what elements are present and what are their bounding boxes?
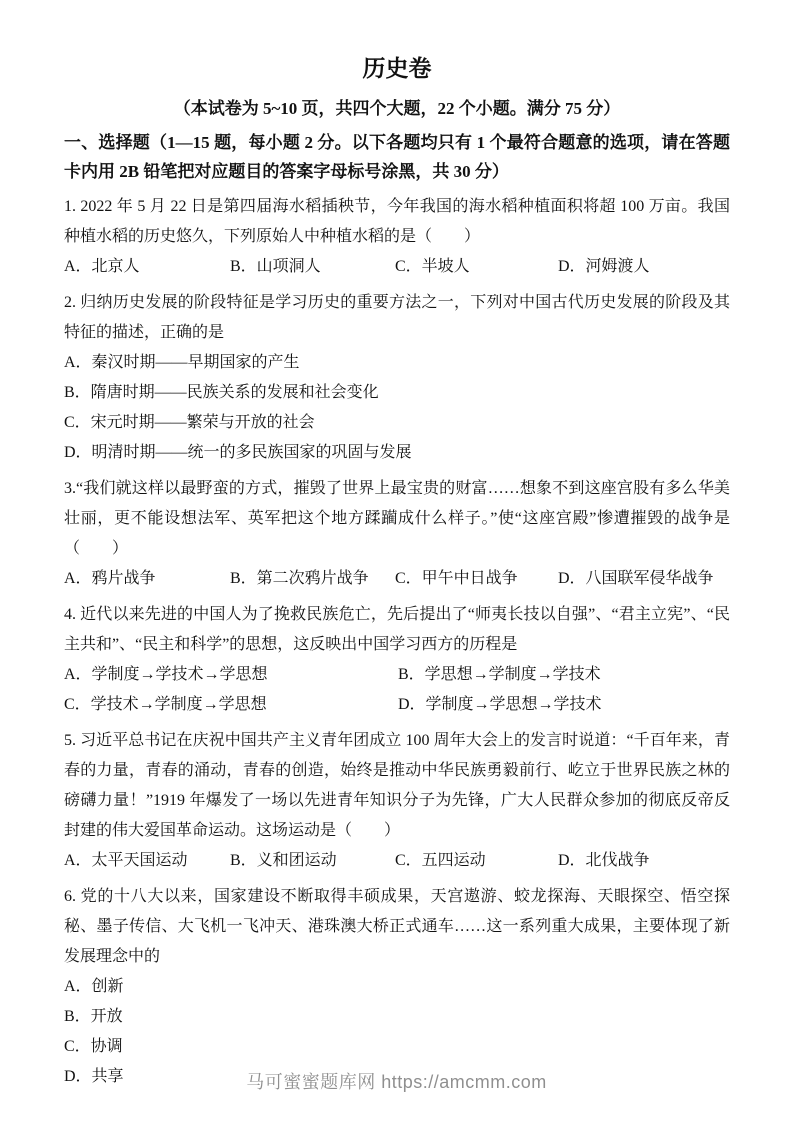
question-1-option-c: C．半坡人: [395, 252, 558, 282]
watermark-text: 马可蜜蜜题库网 https://amcmm.com: [0, 1068, 793, 1094]
question-4-option-d: D．学制度→学思想→学技术: [398, 690, 730, 720]
question-4-option-a: A．学制度→学技术→学思想: [64, 660, 398, 690]
exam-subtitle: （本试卷为 5~10 页，共四个大题，22 个小题。满分 75 分）: [64, 96, 730, 122]
question-5-option-d: D．北伐战争: [558, 846, 730, 876]
question-2-options: A．秦汉时期——早期国家的产生 B．隋唐时期——民族关系的发展和社会变化 C．宋…: [64, 348, 730, 468]
question-1-option-b: B．山项洞人: [230, 252, 395, 282]
question-1-stem: 1. 2022 年 5 月 22 日是第四届海水稻插秧节，今年我国的海水稻种植面…: [64, 192, 730, 252]
question-5: 5. 习近平总书记在庆祝中国共产主义青年团成立 100 周年大会上的发言时说道：…: [64, 726, 730, 876]
question-4-options: A．学制度→学技术→学思想 B．学思想→学制度→学技术 C．学技术→学制度→学思…: [64, 660, 730, 720]
page-title: 历史卷: [64, 54, 730, 84]
question-3-stem: 3.“我们就这样以最野蛮的方式，摧毁了世界上最宝贵的财富……想象不到这座宫股有多…: [64, 474, 730, 564]
question-6-option-a: A．创新: [64, 972, 730, 1002]
question-3-option-a: A．鸦片战争: [64, 564, 230, 594]
question-4-stem: 4. 近代以来先进的中国人为了挽救民族危亡，先后提出了“师夷长技以自强”、“君主…: [64, 600, 730, 660]
question-2-option-d: D．明清时期——统一的多民族国家的巩固与发展: [64, 438, 730, 468]
question-5-options: A．太平天国运动 B．义和团运动 C．五四运动 D．北伐战争: [64, 846, 730, 876]
exam-paper-page: 历史卷 （本试卷为 5~10 页，共四个大题，22 个小题。满分 75 分） 一…: [0, 0, 793, 1122]
question-4-option-b: B．学思想→学制度→学技术: [398, 660, 730, 690]
question-6-option-b: B．开放: [64, 1002, 730, 1032]
question-3-option-c: C．甲午中日战争: [395, 564, 558, 594]
question-2-stem: 2. 归纳历史发展的阶段特征是学习历史的重要方法之一，下列对中国古代历史发展的阶…: [64, 288, 730, 348]
question-2-option-c: C．宋元时期——繁荣与开放的社会: [64, 408, 730, 438]
question-3: 3.“我们就这样以最野蛮的方式，摧毁了世界上最宝贵的财富……想象不到这座宫股有多…: [64, 474, 730, 594]
question-1-option-a: A．北京人: [64, 252, 230, 282]
question-3-option-d: D．八国联军侵华战争: [558, 564, 730, 594]
question-5-option-c: C．五四运动: [395, 846, 558, 876]
question-2: 2. 归纳历史发展的阶段特征是学习历史的重要方法之一，下列对中国古代历史发展的阶…: [64, 288, 730, 468]
question-1-options: A．北京人 B．山项洞人 C．半坡人 D．河姆渡人: [64, 252, 730, 282]
question-5-option-a: A．太平天国运动: [64, 846, 230, 876]
question-5-stem: 5. 习近平总书记在庆祝中国共产主义青年团成立 100 周年大会上的发言时说道：…: [64, 726, 730, 846]
question-3-options: A．鸦片战争 B．第二次鸦片战争 C．甲午中日战争 D．八国联军侵华战争: [64, 564, 730, 594]
question-1: 1. 2022 年 5 月 22 日是第四届海水稻插秧节，今年我国的海水稻种植面…: [64, 192, 730, 282]
question-2-option-a: A．秦汉时期——早期国家的产生: [64, 348, 730, 378]
question-2-option-b: B．隋唐时期——民族关系的发展和社会变化: [64, 378, 730, 408]
question-5-option-b: B．义和团运动: [230, 846, 395, 876]
question-4-option-c: C．学技术→学制度→学思想: [64, 690, 398, 720]
question-1-option-d: D．河姆渡人: [558, 252, 730, 282]
question-6-stem: 6. 党的十八大以来，国家建设不断取得丰硕成果，天宫遨游、蛟龙探海、天眼探空、悟…: [64, 882, 730, 972]
question-6: 6. 党的十八大以来，国家建设不断取得丰硕成果，天宫遨游、蛟龙探海、天眼探空、悟…: [64, 882, 730, 1092]
question-3-option-b: B．第二次鸦片战争: [230, 564, 395, 594]
question-6-option-c: C．协调: [64, 1032, 730, 1062]
question-4: 4. 近代以来先进的中国人为了挽救民族危亡，先后提出了“师夷长技以自强”、“君主…: [64, 600, 730, 720]
section-heading: 一、选择题（1—15 题，每小题 2 分。以下各题均只有 1 个最符合题意的选项…: [64, 128, 730, 186]
